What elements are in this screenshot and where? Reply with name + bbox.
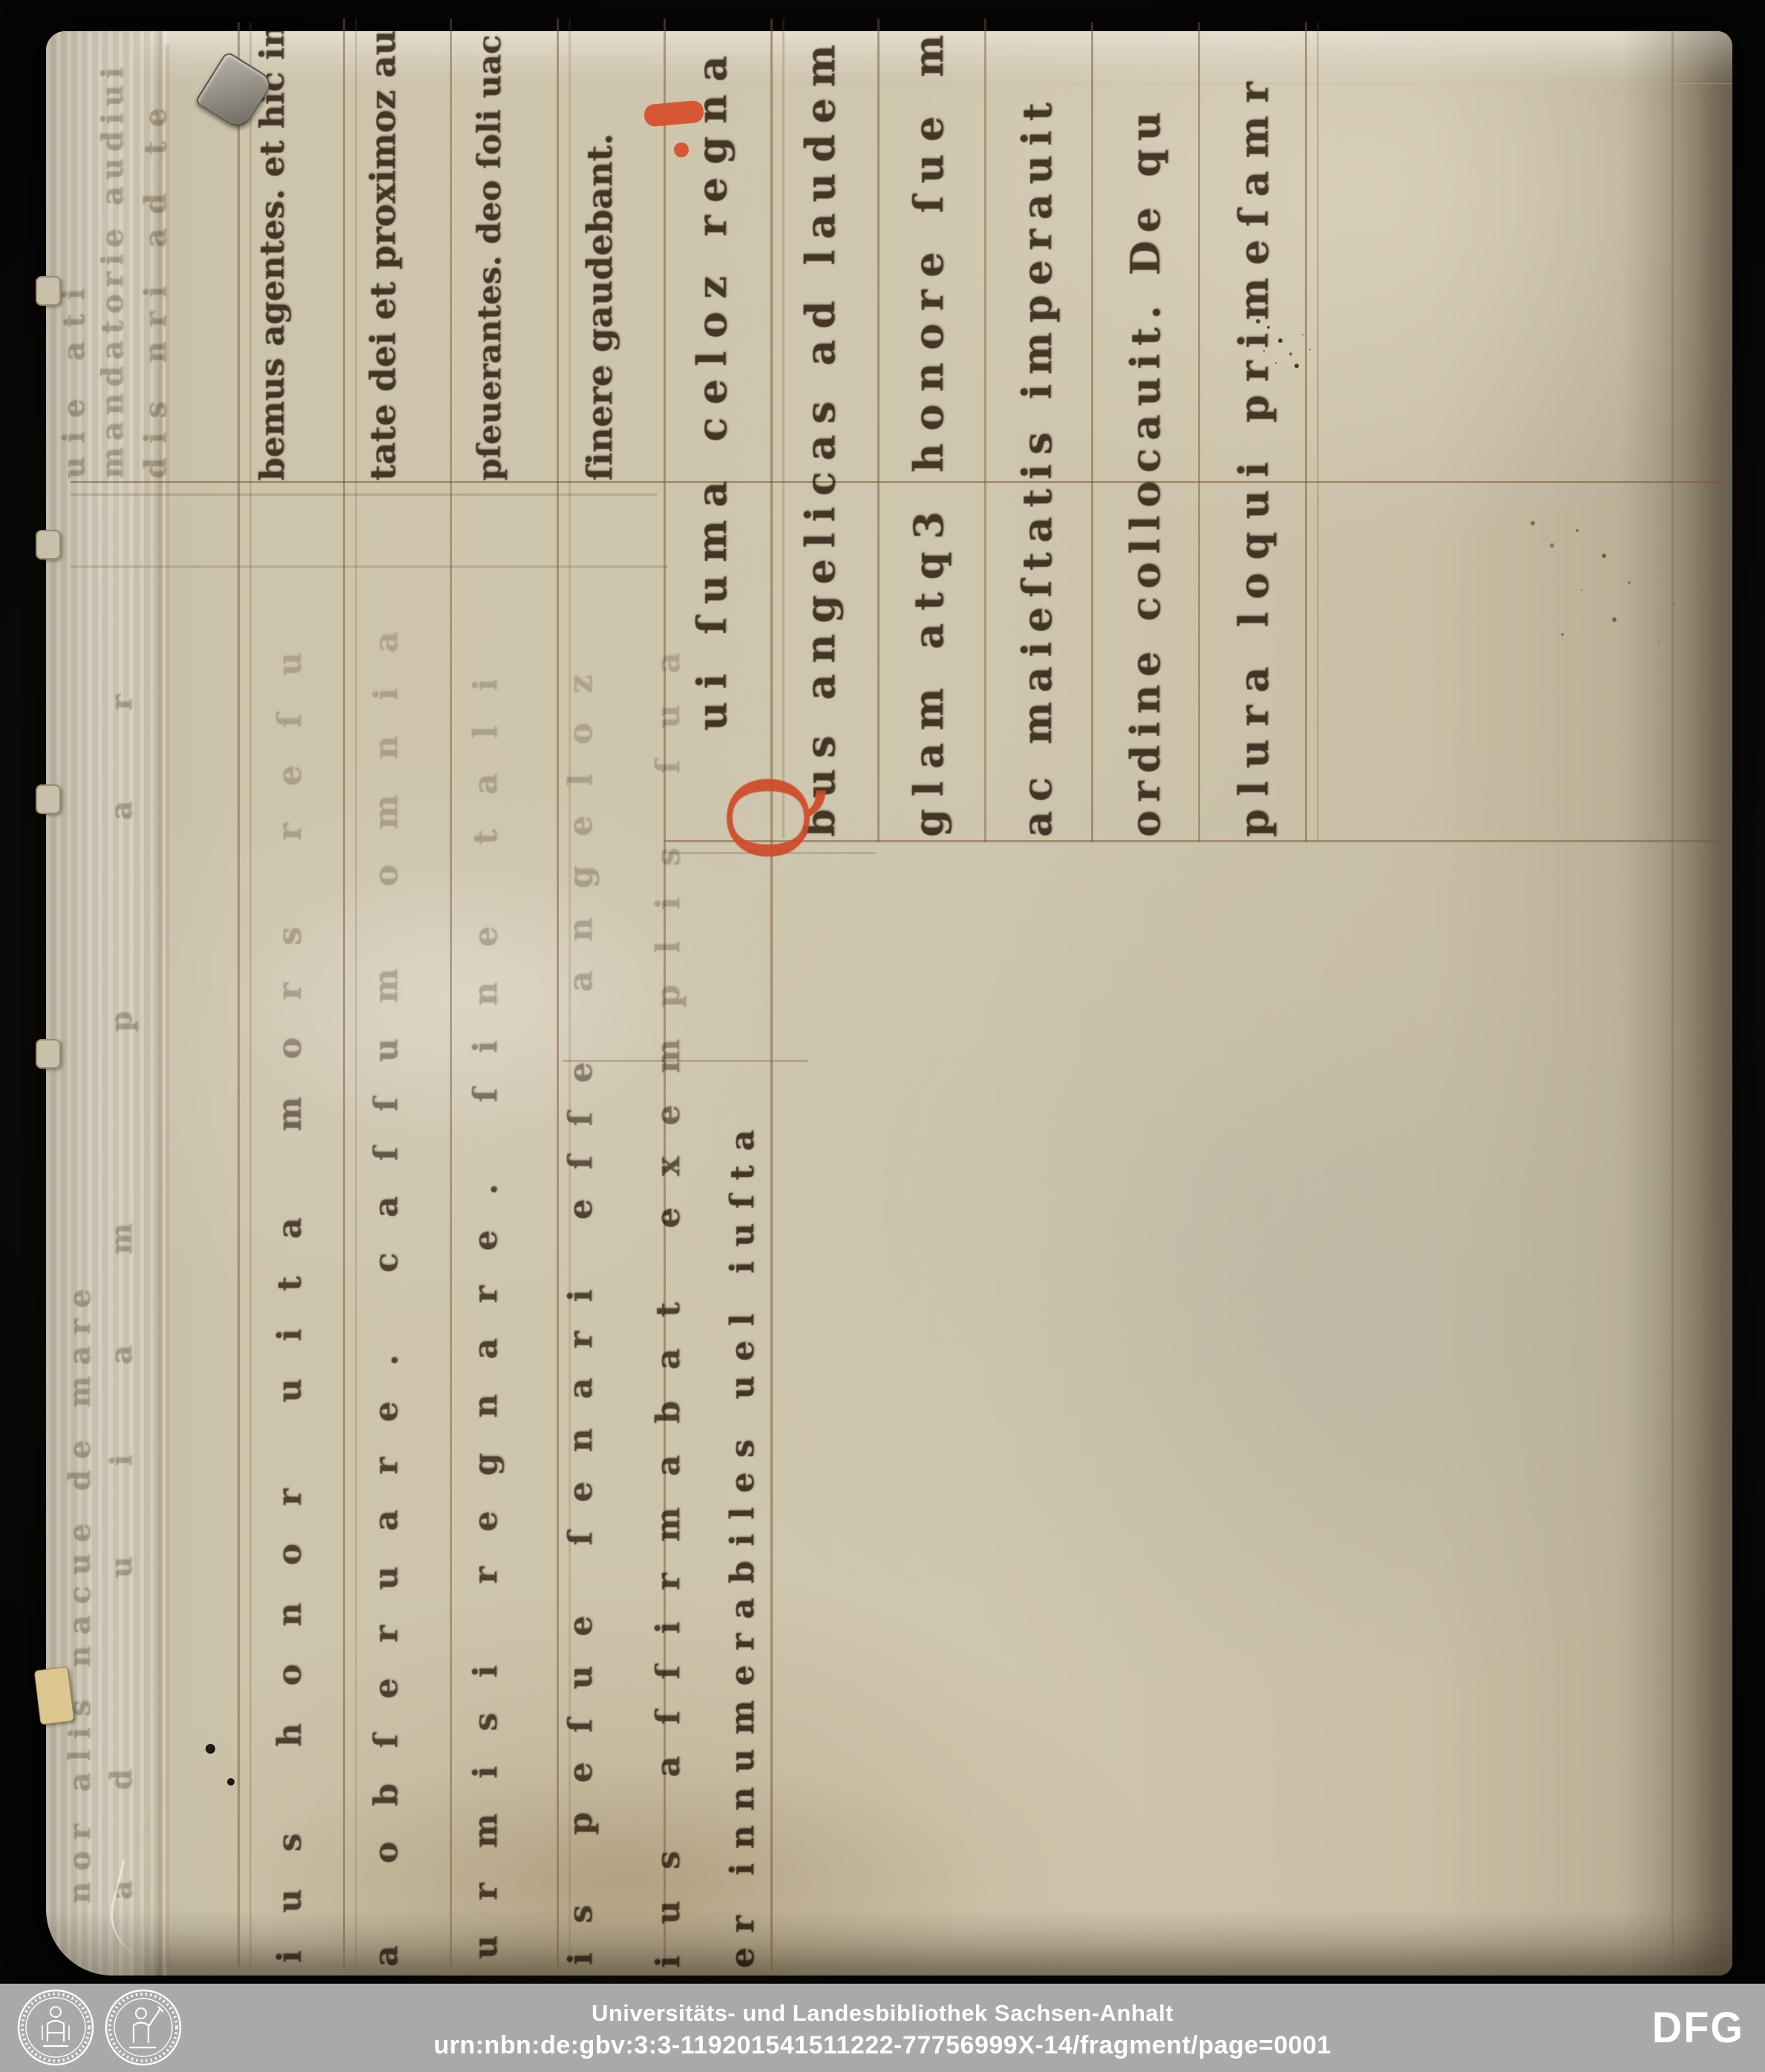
book-cover: uie atimandatorie audiuidis nri ad tebem… (46, 31, 1732, 1976)
manuscript-text-column-upper-13: plura loqui primeſamr (1228, 48, 1280, 837)
ruling-line-horizontal (71, 565, 668, 568)
manuscript-text: ius aſſirmabat exemplis ſua (647, 577, 690, 1968)
ruling-line-vertical (877, 19, 880, 842)
ruling-line-vertical (1305, 22, 1307, 842)
ruling-line-vertical (343, 19, 345, 1967)
ruling-line-vertical (782, 19, 785, 839)
ruling-line-vertical (1671, 30, 1674, 1959)
ruling-line-vertical (1317, 22, 1319, 842)
wormhole (227, 1778, 235, 1786)
ink-speckles (1256, 319, 1260, 324)
red-initial-q: Q (711, 758, 830, 877)
manuscript-text-column-lower-8: er innumerabiles uel iuſta (721, 1069, 764, 1968)
manuscript-text: ui ſuma celoz regna (686, 16, 738, 731)
ruling-line-vertical (557, 19, 559, 1967)
ruling-line-vertical (1091, 22, 1093, 842)
manuscript-text: urmisi regnare. ſine tali (465, 577, 507, 1959)
footer-text-block: Universitäts- und Landesbibliothek Sachs… (223, 1984, 1542, 2072)
manuscript-text: ius honor uita mors reſu (269, 577, 311, 1963)
manuscript-text: nor alis nacue de mare (61, 1254, 99, 1904)
manuscript-text-column-upper-12: ordine collocauit. De qu (1119, 48, 1171, 837)
manuscript-text: er innumerabiles uel iuſta (721, 1069, 764, 1968)
stain-speckles (1530, 521, 1535, 525)
manuscript-text-column-upper-10: glam atq3 honore ſue m (903, 16, 954, 837)
manuscript-text: ad uiam p ar (102, 594, 141, 1900)
university-seal-wittenberg-icon (104, 1988, 183, 2067)
manuscript-text: ſinere gaudebant. (577, 137, 623, 481)
manuscript-text-column-upper-7: ſinere gaudebant. (577, 137, 623, 481)
manuscript-text-column-lower-1: nor alis nacue de mare (61, 1254, 99, 1904)
manuscript-text: plura loqui primeſamr (1228, 48, 1280, 837)
red-rubric-dot (674, 142, 689, 157)
manuscript-text-column-upper-6: pſeuerantes. deo ſoli uac (469, 16, 511, 481)
manuscript-text-column-upper-2: mandatorie audiui (94, 56, 132, 479)
university-seals (16, 1988, 183, 2068)
ruling-line-horizontal (71, 481, 1726, 483)
sewing-band-tab (36, 530, 61, 560)
manuscript-text: dis nri ad te (137, 56, 175, 479)
digitized-manuscript-page: uie atimandatorie audiuidis nri ad tebem… (0, 0, 1765, 2072)
manuscript-text: glam atq3 honore ſue m (903, 16, 954, 837)
sewing-band-tab (36, 784, 61, 814)
ruling-line-vertical (1198, 22, 1200, 842)
sewing-band-tab (36, 276, 61, 306)
university-seal-halle-icon (16, 1988, 95, 2067)
manuscript-text-column-lower-4: a obſeruare. caſſum omnia (365, 577, 407, 1967)
library-name: Universitäts- und Landesbibliothek Sachs… (223, 2000, 1542, 2027)
manuscript-text: is peſue ſenari eſſe angeloz (560, 577, 602, 1965)
library-footer-bar: Universitäts- und Landesbibliothek Sachs… (0, 1984, 1765, 2072)
manuscript-text-column-lower-7: ius aſſirmabat exemplis ſua (647, 577, 690, 1968)
manuscript-text: a obſeruare. caſſum omnia (365, 577, 407, 1967)
sewing-band-tab (36, 1039, 61, 1069)
manuscript-text-column-upper-8: ui ſuma celoz regna (686, 16, 738, 731)
manuscript-text: bus angelicas ad laudem (794, 16, 846, 837)
manuscript-text-column-lower-2: ad uiam p ar (102, 594, 141, 1900)
ruling-line-horizontal (71, 494, 657, 496)
manuscript-text-column-lower-5: urmisi regnare. ſine tali (465, 577, 507, 1959)
manuscript-text: ac maieſtatis imperauit (1011, 48, 1063, 837)
manuscript-text-column-upper-3: dis nri ad te (137, 56, 175, 479)
manuscript-text-column-lower-6: is peſue ſenari eſſe angeloz (560, 577, 602, 1965)
manuscript-text-column-upper-11: ac maieſtatis imperauit (1011, 48, 1063, 837)
manuscript-text-column-upper-9: bus angelicas ad laudem (794, 16, 846, 837)
manuscript-text: pſeuerantes. deo ſoli uac (469, 16, 511, 481)
ruling-line-vertical (355, 19, 357, 1967)
wormhole (206, 1744, 215, 1754)
parchment-turnin (46, 31, 1732, 84)
dfg-logo: DFG (1652, 2001, 1744, 2052)
page-edge-shadow (1621, 31, 1732, 1976)
ruling-line-vertical (770, 19, 773, 1970)
ruling-line-vertical (238, 22, 240, 1967)
ruling-line-vertical (984, 19, 986, 842)
shelf-label (34, 1666, 75, 1725)
manuscript-text-column-upper-5: tate dei et proximoz au (361, 16, 406, 481)
manuscript-text-column-lower-3: ius honor uita mors reſu (269, 577, 311, 1963)
urn-identifier: urn:nbn:de:gbv:3:3-119201541511222-77756… (223, 2031, 1542, 2060)
manuscript-text: mandatorie audiui (94, 56, 132, 479)
manuscript-text: ordine collocauit. De qu (1119, 48, 1171, 837)
manuscript-text: tate dei et proximoz au (361, 16, 406, 481)
ruling-line-vertical (450, 19, 452, 1967)
